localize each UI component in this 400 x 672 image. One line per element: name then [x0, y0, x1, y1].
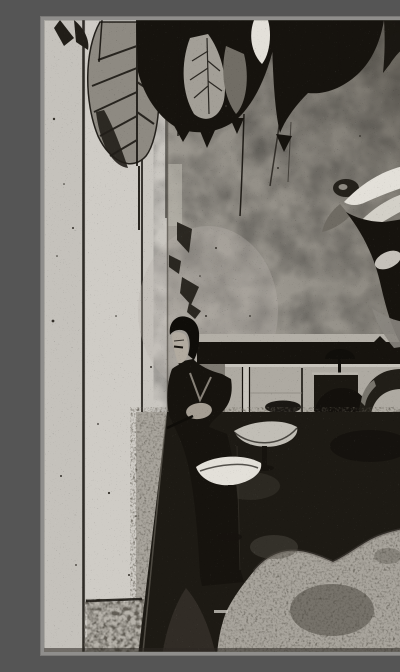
photo-frame: Grainy black-and-white photograph of a y… [40, 16, 400, 656]
photo [40, 16, 400, 656]
film-grain-light [44, 20, 400, 652]
